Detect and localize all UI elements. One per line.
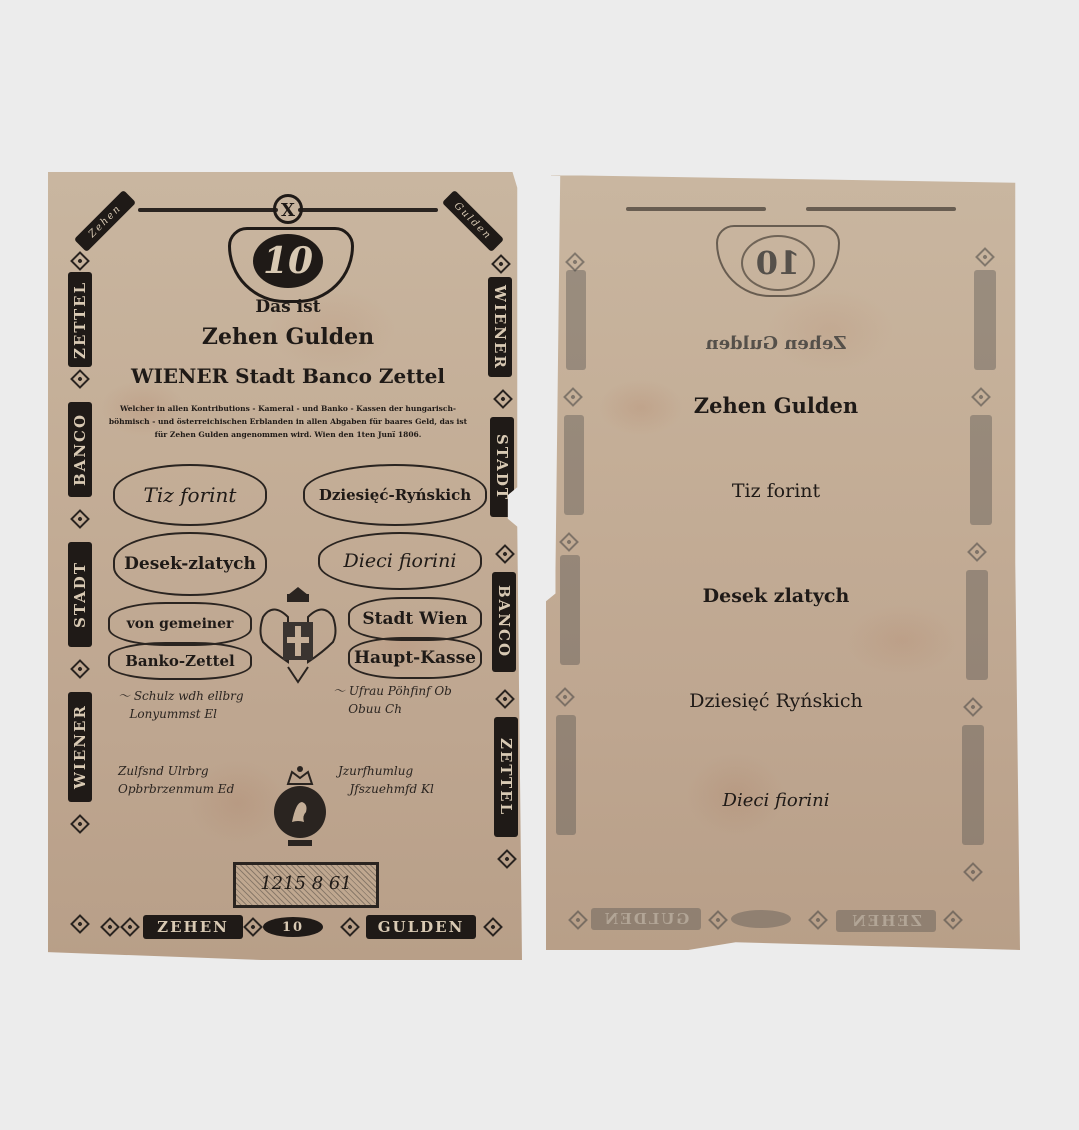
ornament-diamond-icon <box>555 687 575 707</box>
banknote-back: 10 Zehen Gulden Zehen Gulden Tiz forint … <box>546 175 1020 950</box>
back-translation-czech: Desek zlatych <box>646 585 906 607</box>
banknote-front: X Zehen Gulden 10 Das ist Zehen Gulden W… <box>48 172 522 960</box>
ghost-border-band <box>966 570 988 680</box>
ornament-diamond-icon <box>491 254 511 274</box>
issuer-line: WIENER Stadt Banco Zettel <box>108 364 468 388</box>
body-text-line: böhmisch - und österreichischen Erblande… <box>98 415 478 428</box>
ornament-diamond-icon <box>493 389 513 409</box>
signature-top-right: 〜 Ufrau Pöhfinf Ob Obuu Ch <box>333 682 483 718</box>
ornament-diamond-icon <box>483 917 503 937</box>
cartouche-czech: Desek-zlatych <box>113 532 267 596</box>
ghost-border-band <box>560 555 580 665</box>
ornament-diamond-icon <box>565 252 585 272</box>
back-bottom-word-right: ZEHEN <box>836 910 936 932</box>
left-border-word: STADT <box>68 542 92 647</box>
back-translation-hungarian: Tiz forint <box>656 480 896 502</box>
ornament-diamond-icon <box>808 910 828 930</box>
corner-label-left: Zehen <box>74 190 136 252</box>
back-translation-italian: Dieci fiorini <box>646 790 906 811</box>
top-scroll-left <box>138 208 278 212</box>
ornament-diamond-icon <box>559 532 579 552</box>
top-scroll-right <box>298 208 438 212</box>
ghost-border-band <box>970 415 992 525</box>
ornament-diamond-icon <box>340 917 360 937</box>
ornament-diamond-icon <box>971 387 991 407</box>
signature-bottom-right: Jzurfhumlug Jfszuehmfd Kl <box>338 762 488 798</box>
ornament-diamond-icon <box>243 917 263 937</box>
ornament-diamond-icon <box>70 814 90 834</box>
ornament-diamond-icon <box>70 369 90 389</box>
left-border-word: ZETTEL <box>68 272 92 367</box>
cartouche-bank-1: von gemeiner <box>108 602 252 646</box>
left-border-word: WIENER <box>68 692 92 802</box>
body-text: Welcher in allen Kontributions - Kameral… <box>98 402 478 441</box>
ornament-diamond-icon <box>943 910 963 930</box>
cartouche-bank-2: Banko-Zettel <box>108 642 252 680</box>
right-border-word: BANCO <box>492 572 516 672</box>
ornament-diamond-icon <box>70 914 90 934</box>
ghost-border-band <box>962 725 984 845</box>
left-border-word: BANCO <box>68 402 92 497</box>
ornament-diamond-icon <box>70 659 90 679</box>
back-bottom-word-left: GULDEN <box>591 908 701 930</box>
ornament-diamond-icon <box>497 849 517 869</box>
back-translation-polish: Dziesięć Ryńskich <box>626 690 926 712</box>
body-text-line: Welcher in allen Kontributions - Kameral… <box>98 402 478 415</box>
denomination-numeral-mirrored: 10 <box>741 235 815 291</box>
cartouche-polish: Dziesięć-Ryńskich <box>303 464 487 526</box>
cartouche-city-2: Haupt-Kasse <box>348 637 482 679</box>
serial-box: 1215 8 61 <box>233 862 379 908</box>
mirrored-value-line: Zehen Gulden <box>666 333 886 354</box>
ornament-diamond-icon <box>563 387 583 407</box>
right-border-word: ZETTEL <box>494 717 518 837</box>
serial-number: 1215 8 61 <box>236 873 376 894</box>
bottom-center-numeral: 10 <box>263 917 323 937</box>
top-emblem: X <box>273 194 303 224</box>
ghost-border-band <box>974 270 996 370</box>
top-scroll-left <box>626 207 766 211</box>
ghost-border-band <box>564 415 584 515</box>
right-border-word: WIENER <box>488 277 512 377</box>
ghost-border-band <box>566 270 586 370</box>
ornament-diamond-icon <box>708 910 728 930</box>
ghost-border-band <box>556 715 576 835</box>
signature-bottom-left: Zulfsnd UlrbrgOpbrbrzenmum Ed <box>118 762 268 798</box>
ornament-diamond-icon <box>975 247 995 267</box>
ornament-diamond-icon <box>70 251 90 271</box>
top-scroll-right <box>806 207 956 211</box>
ornament-diamond-icon <box>967 542 987 562</box>
signature-top-left: 〜 Schulz wdh ellbrg Lonyummst El <box>118 687 268 723</box>
ornament-diamond-icon <box>495 544 515 564</box>
ornament-diamond-icon <box>120 917 140 937</box>
ornament-diamond-icon <box>963 862 983 882</box>
value-line: Zehen Gulden <box>148 324 428 350</box>
denomination-numeral: 10 <box>253 234 323 288</box>
cartouche-hungarian: Tiz forint <box>113 464 267 526</box>
ornament-diamond-icon <box>100 917 120 937</box>
lion-medallion-icon <box>270 762 330 857</box>
das-ist-text: Das ist <box>188 297 388 317</box>
back-value-line: Zehen Gulden <box>656 393 896 418</box>
ornament-diamond-icon <box>70 509 90 529</box>
bottom-word-left: ZEHEN <box>143 915 243 939</box>
back-bottom-center <box>731 910 791 928</box>
right-border-word: STADT <box>490 417 514 517</box>
double-headed-eagle-icon <box>253 582 343 692</box>
corner-label-right: Gulden <box>442 190 504 252</box>
body-text-line: für Zehen Gulden angenommen wird. Wien d… <box>98 428 478 441</box>
cartouche-city-1: Stadt Wien <box>348 597 482 641</box>
bottom-word-right: GULDEN <box>366 915 476 939</box>
ornament-diamond-icon <box>568 910 588 930</box>
ornament-diamond-icon <box>963 697 983 717</box>
ornament-diamond-icon <box>495 689 515 709</box>
